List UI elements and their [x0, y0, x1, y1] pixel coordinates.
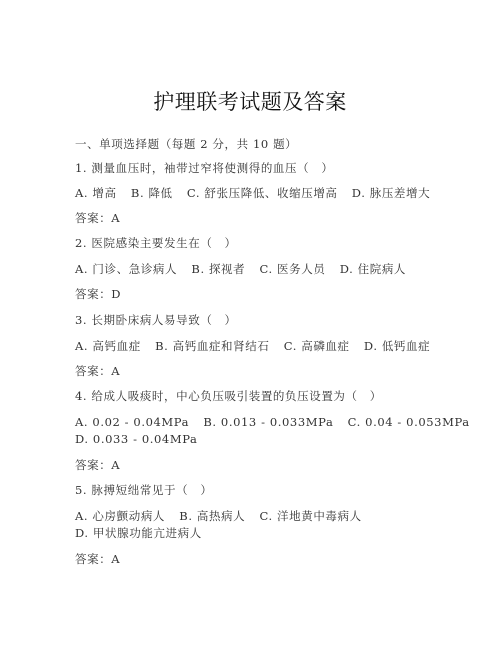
question-1-option-c: C. 舒张压降低、收缩压增高: [187, 186, 338, 200]
question-5-options-row-1: A. 心房颤动病人 B. 高热病人 C. 洋地黄中毒病人: [75, 508, 435, 525]
question-3-option-d: D. 低钙血症: [364, 339, 430, 353]
question-2-option-d: D. 住院病人: [340, 262, 406, 276]
question-1-options: A. 增高 B. 降低 C. 舒张压降低、收缩压增高 D. 脉压差增大: [75, 185, 435, 202]
document-title: 护理联考试题及答案: [0, 86, 500, 116]
question-5-stem: 5. 脉搏短绌常见于（ ）: [75, 482, 435, 499]
question-1-option-a: A. 增高: [75, 186, 117, 200]
question-4-answer: 答案：A: [75, 457, 435, 474]
question-5-option-a: A. 心房颤动病人: [75, 509, 165, 523]
question-3-option-b: B. 高钙血症和肾结石: [155, 339, 269, 353]
question-3-option-c: C. 高磷血症: [284, 339, 350, 353]
question-2-answer: 答案：D: [75, 286, 435, 303]
question-3-options: A. 高钙血症 B. 高钙血症和肾结石 C. 高磷血症 D. 低钙血症: [75, 338, 435, 355]
section-heading: 一、单项选择题（每题 2 分，共 10 题）: [75, 136, 435, 153]
question-1-answer: 答案：A: [75, 210, 435, 227]
question-1-option-d: D. 脉压差增大: [352, 186, 430, 200]
question-2-option-b: B. 探视者: [191, 262, 245, 276]
question-3-stem: 3. 长期卧床病人易导致（ ）: [75, 312, 435, 329]
question-3-option-a: A. 高钙血症: [75, 339, 141, 353]
question-2-option-a: A. 门诊、急诊病人: [75, 262, 177, 276]
question-2-options: A. 门诊、急诊病人 B. 探视者 C. 医务人员 D. 住院病人: [75, 261, 435, 278]
question-5-option-c: C. 洋地黄中毒病人: [260, 509, 362, 523]
question-4-options-row-1: A. 0.02 - 0.04MPa B. 0.013 - 0.033MPa C.…: [75, 414, 435, 431]
question-4-option-a: A. 0.02 - 0.04MPa: [75, 415, 189, 429]
question-5-option-b: B. 高热病人: [179, 509, 245, 523]
question-3-answer: 答案：A: [75, 363, 435, 380]
question-2-stem: 2. 医院感染主要发生在（ ）: [75, 235, 435, 252]
question-4-stem: 4. 给成人吸痰时，中心负压吸引装置的负压设置为（ ）: [75, 388, 435, 405]
question-1-option-b: B. 降低: [131, 186, 173, 200]
question-4-option-c: C. 0.04 - 0.053MPa: [348, 415, 470, 429]
question-5-options-row-2: D. 甲状腺功能亢进病人: [75, 525, 435, 542]
question-5-answer: 答案：A: [75, 551, 435, 568]
question-5-option-d: D. 甲状腺功能亢进病人: [75, 526, 202, 540]
question-4-option-b: B. 0.013 - 0.033MPa: [203, 415, 333, 429]
question-2-option-c: C. 医务人员: [260, 262, 326, 276]
document-page: 护理联考试题及答案 一、单项选择题（每题 2 分，共 10 题） 1. 测量血压…: [0, 0, 500, 647]
question-1-stem: 1. 测量血压时，袖带过窄将使测得的血压（ ）: [75, 160, 435, 177]
question-4-options-row-2: D. 0.033 - 0.04MPa: [75, 431, 435, 448]
question-4-option-d: D. 0.033 - 0.04MPa: [75, 432, 198, 446]
